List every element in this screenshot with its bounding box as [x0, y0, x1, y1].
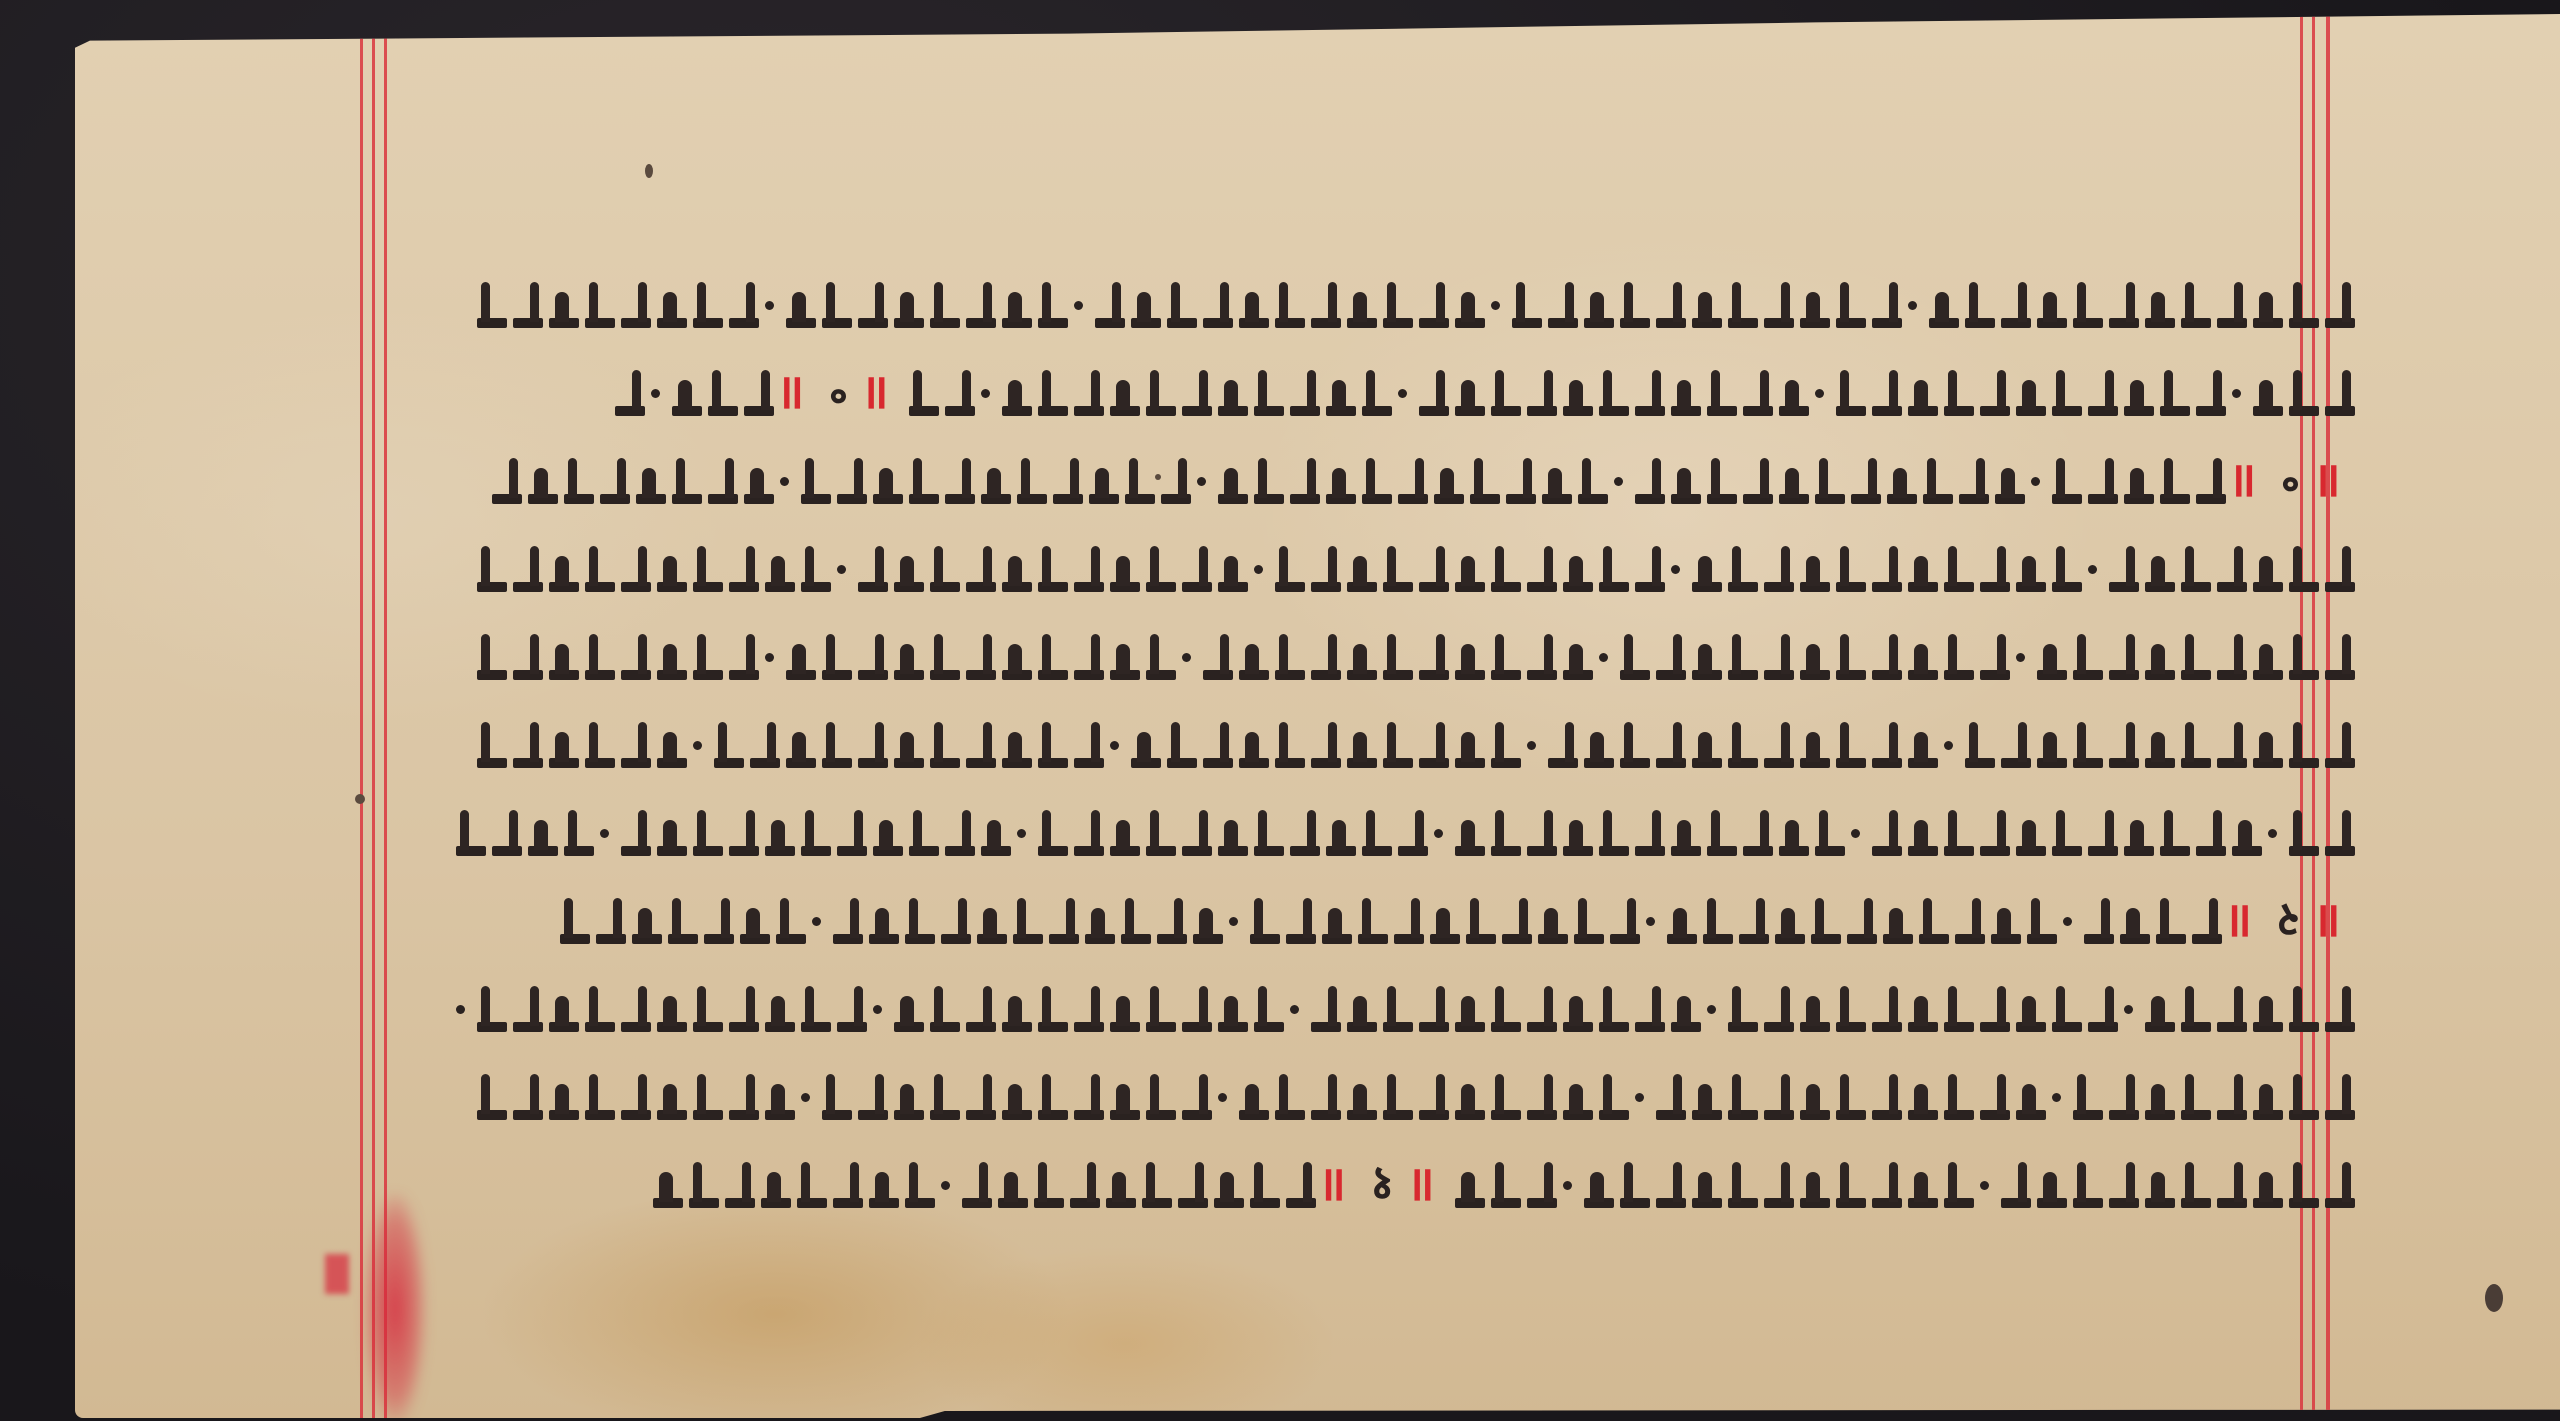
script-glyph — [585, 276, 615, 328]
script-glyph — [945, 364, 975, 416]
script-glyph — [1578, 452, 1608, 504]
script-glyph — [1692, 716, 1722, 768]
script-glyph — [1779, 364, 1809, 416]
script-glyph — [1836, 716, 1866, 768]
script-glyph — [930, 628, 960, 680]
script-glyph — [1980, 364, 2010, 416]
script-glyph — [1692, 1068, 1722, 1120]
script-glyph — [528, 452, 558, 504]
script-glyph — [1563, 980, 1593, 1032]
script-glyph — [1491, 804, 1521, 856]
script-glyph — [1527, 540, 1557, 592]
script-glyph — [966, 980, 996, 1032]
script-glyph — [740, 892, 770, 944]
script-glyph — [1178, 1156, 1208, 1208]
visarga-dot — [1110, 742, 1119, 751]
script-glyph — [1157, 892, 1187, 944]
script-glyph — [1074, 540, 1104, 592]
script-glyph — [2325, 804, 2355, 856]
script-glyph — [744, 364, 774, 416]
script-glyph — [1125, 452, 1155, 504]
script-glyph — [1322, 892, 1352, 944]
script-glyph — [1394, 892, 1424, 944]
script-glyph — [1311, 716, 1341, 768]
script-glyph — [1743, 804, 1773, 856]
script-glyph — [2232, 804, 2262, 856]
script-glyph — [2109, 1068, 2139, 1120]
ink-glyph-run — [450, 804, 2355, 864]
script-glyph — [621, 804, 651, 856]
visarga-dot — [1908, 302, 1917, 311]
script-glyph — [1944, 540, 1974, 592]
script-glyph — [2217, 716, 2247, 768]
script-glyph — [1034, 1156, 1064, 1208]
script-glyph — [2217, 276, 2247, 328]
script-glyph — [1800, 628, 1830, 680]
script-glyph — [945, 804, 975, 856]
script-glyph — [1707, 452, 1737, 504]
script-glyph — [549, 980, 579, 1032]
script-glyph — [1455, 804, 1485, 856]
script-glyph — [1013, 892, 1043, 944]
script-glyph — [1908, 980, 1938, 1032]
script-glyph — [729, 804, 759, 856]
script-glyph — [693, 540, 723, 592]
script-glyph — [729, 276, 759, 328]
script-glyph — [1218, 540, 1248, 592]
script-glyph — [1563, 628, 1593, 680]
script-glyph — [1275, 716, 1305, 768]
script-glyph — [2109, 540, 2139, 592]
script-glyph — [801, 540, 831, 592]
script-glyph — [2052, 364, 2082, 416]
script-glyph — [2109, 1156, 2139, 1208]
visarga-dot — [1646, 918, 1655, 927]
script-glyph — [1398, 452, 1428, 504]
script-glyph — [894, 276, 924, 328]
script-glyph — [1074, 1068, 1104, 1120]
script-glyph — [1254, 980, 1284, 1032]
script-glyph — [2016, 980, 2046, 1032]
script-glyph — [1383, 980, 1413, 1032]
script-glyph — [2160, 452, 2190, 504]
verse-number: ॰ — [829, 363, 849, 425]
script-glyph — [1692, 1156, 1722, 1208]
script-glyph — [1290, 804, 1320, 856]
script-glyph — [2145, 276, 2175, 328]
script-glyph — [2001, 1156, 2031, 1208]
script-glyph — [2109, 716, 2139, 768]
script-glyph — [615, 364, 645, 416]
script-glyph — [1254, 364, 1284, 416]
visarga-dot — [1815, 390, 1824, 399]
visarga-dot — [780, 478, 789, 487]
script-glyph — [621, 628, 651, 680]
script-glyph — [822, 628, 852, 680]
script-glyph — [966, 628, 996, 680]
red-double-danda: ॥ — [784, 370, 809, 418]
script-glyph — [1728, 1068, 1758, 1120]
script-glyph — [786, 716, 816, 768]
script-glyph — [1599, 980, 1629, 1032]
script-glyph — [513, 980, 543, 1032]
script-glyph — [930, 276, 960, 328]
visarga-dot — [765, 302, 774, 311]
script-glyph — [1146, 364, 1176, 416]
script-glyph — [1049, 892, 1079, 944]
red-double-danda: ॥ — [868, 370, 893, 418]
visarga-dot — [1197, 478, 1206, 487]
script-glyph — [2145, 716, 2175, 768]
script-glyph — [2181, 540, 2211, 592]
script-glyph — [2037, 716, 2067, 768]
manuscript-text-block: ॥॰॥॥॰॥॥२॥॥१॥ — [400, 262, 2355, 1230]
ink-glyph-run — [471, 276, 759, 336]
script-glyph — [1872, 276, 1902, 328]
script-glyph — [2109, 628, 2139, 680]
script-glyph — [513, 540, 543, 592]
script-glyph — [1491, 716, 1521, 768]
script-glyph — [1142, 1156, 1172, 1208]
script-glyph — [1455, 364, 1485, 416]
script-glyph — [765, 1068, 795, 1120]
script-glyph — [1527, 1068, 1557, 1120]
script-glyph — [1620, 276, 1650, 328]
script-glyph — [1110, 540, 1140, 592]
script-glyph — [1419, 364, 1449, 416]
script-glyph — [1383, 716, 1413, 768]
script-glyph — [1836, 540, 1866, 592]
script-glyph — [1707, 804, 1737, 856]
script-glyph — [621, 716, 651, 768]
script-glyph — [1491, 1156, 1521, 1208]
script-glyph — [2181, 276, 2211, 328]
script-glyph — [549, 540, 579, 592]
script-glyph — [869, 1156, 899, 1208]
script-glyph — [2253, 716, 2283, 768]
script-glyph — [1167, 276, 1197, 328]
script-glyph — [858, 276, 888, 328]
script-glyph — [786, 628, 816, 680]
script-glyph — [2289, 980, 2319, 1032]
script-glyph — [1347, 276, 1377, 328]
script-glyph — [1548, 276, 1578, 328]
script-glyph — [1728, 980, 1758, 1032]
script-glyph — [744, 452, 774, 504]
script-glyph — [1929, 276, 1959, 328]
script-glyph — [693, 628, 723, 680]
script-glyph — [477, 540, 507, 592]
script-glyph — [1074, 804, 1104, 856]
script-glyph — [765, 804, 795, 856]
script-glyph — [2325, 716, 2355, 768]
script-glyph — [930, 540, 960, 592]
script-glyph — [1347, 1068, 1377, 1120]
script-glyph — [1347, 716, 1377, 768]
script-glyph — [1311, 628, 1341, 680]
script-glyph — [1131, 276, 1161, 328]
script-glyph — [1146, 804, 1176, 856]
script-glyph — [1419, 276, 1449, 328]
script-glyph — [1203, 276, 1233, 328]
script-glyph — [477, 716, 507, 768]
script-glyph — [837, 804, 867, 856]
script-glyph — [2037, 276, 2067, 328]
script-glyph — [1563, 1068, 1593, 1120]
script-glyph — [1980, 540, 2010, 592]
script-glyph — [549, 1068, 579, 1120]
script-glyph — [1275, 628, 1305, 680]
script-glyph — [1527, 980, 1557, 1032]
manuscript-line — [400, 1054, 2355, 1142]
script-glyph — [1131, 716, 1161, 768]
red-double-danda: ॥ — [1414, 1162, 1439, 1210]
script-glyph — [797, 1156, 827, 1208]
visarga-dot — [981, 390, 990, 399]
script-glyph — [2037, 628, 2067, 680]
visarga-dot — [1290, 1006, 1299, 1015]
ink-glyph-run — [554, 892, 2222, 952]
script-glyph — [585, 1068, 615, 1120]
script-glyph — [1635, 452, 1665, 504]
visarga-dot — [2232, 390, 2241, 399]
script-glyph — [1002, 1068, 1032, 1120]
script-glyph — [585, 716, 615, 768]
script-glyph — [1254, 452, 1284, 504]
visarga-dot — [1635, 1094, 1644, 1103]
visarga-dot — [1229, 918, 1238, 927]
red-pigment-mark — [325, 1254, 349, 1294]
script-glyph — [1419, 716, 1449, 768]
script-glyph — [981, 804, 1011, 856]
script-glyph — [1146, 540, 1176, 592]
script-glyph — [1275, 276, 1305, 328]
script-glyph — [1563, 804, 1593, 856]
red-double-danda: ॥ — [2320, 458, 2345, 506]
script-glyph — [672, 364, 702, 416]
visarga-dot — [1707, 1006, 1716, 1015]
script-glyph — [2073, 1156, 2103, 1208]
visarga-dot — [765, 654, 774, 663]
script-glyph — [1836, 628, 1866, 680]
script-glyph — [1167, 716, 1197, 768]
visarga-dot — [1527, 742, 1536, 751]
script-glyph — [894, 1068, 924, 1120]
script-glyph — [596, 892, 626, 944]
script-glyph — [2084, 892, 2114, 944]
script-glyph — [636, 452, 666, 504]
script-glyph — [2052, 804, 2082, 856]
script-glyph — [1671, 804, 1701, 856]
script-glyph — [1286, 1156, 1316, 1208]
script-glyph — [1038, 980, 1068, 1032]
script-glyph — [549, 628, 579, 680]
script-glyph — [1002, 628, 1032, 680]
script-glyph — [1980, 804, 2010, 856]
script-glyph — [1182, 804, 1212, 856]
script-glyph — [1944, 980, 1974, 1032]
script-glyph — [1610, 892, 1640, 944]
script-glyph — [2073, 1068, 2103, 1120]
script-glyph — [1182, 1068, 1212, 1120]
script-glyph — [1527, 628, 1557, 680]
script-glyph — [1548, 716, 1578, 768]
script-glyph — [1728, 628, 1758, 680]
script-glyph — [1455, 980, 1485, 1032]
script-glyph — [1599, 804, 1629, 856]
script-glyph — [1089, 452, 1119, 504]
script-glyph — [1110, 980, 1140, 1032]
script-glyph — [1872, 540, 1902, 592]
visarga-dot — [812, 918, 821, 927]
script-glyph — [2289, 716, 2319, 768]
script-glyph — [2016, 1068, 2046, 1120]
script-glyph — [1728, 716, 1758, 768]
script-glyph — [1121, 892, 1151, 944]
script-glyph — [1908, 716, 1938, 768]
script-glyph — [1466, 892, 1496, 944]
script-glyph — [1965, 276, 1995, 328]
script-glyph — [962, 1156, 992, 1208]
script-glyph — [693, 1068, 723, 1120]
script-glyph — [2052, 540, 2082, 592]
script-glyph — [2145, 980, 2175, 1032]
script-glyph — [1038, 1068, 1068, 1120]
script-glyph — [2181, 980, 2211, 1032]
script-glyph — [801, 980, 831, 1032]
script-glyph — [1161, 452, 1191, 504]
script-glyph — [1764, 540, 1794, 592]
script-glyph — [2073, 276, 2103, 328]
script-glyph — [1995, 452, 2025, 504]
script-glyph — [1811, 892, 1841, 944]
script-glyph — [801, 452, 831, 504]
script-glyph — [585, 628, 615, 680]
script-glyph — [2217, 1156, 2247, 1208]
script-glyph — [1038, 540, 1068, 592]
script-glyph — [930, 716, 960, 768]
visarga-dot — [600, 830, 609, 839]
script-glyph — [2145, 1156, 2175, 1208]
script-glyph — [729, 540, 759, 592]
script-glyph — [1182, 364, 1212, 416]
script-glyph — [1707, 364, 1737, 416]
script-glyph — [1563, 540, 1593, 592]
script-glyph — [2027, 892, 2057, 944]
script-glyph — [714, 716, 744, 768]
script-glyph — [1764, 1068, 1794, 1120]
script-glyph — [477, 276, 507, 328]
script-glyph — [1362, 452, 1392, 504]
visarga-dot — [1434, 830, 1443, 839]
script-glyph — [2016, 804, 2046, 856]
script-glyph — [1182, 540, 1212, 592]
script-glyph — [2289, 540, 2319, 592]
visarga-dot — [651, 390, 660, 399]
script-glyph — [1455, 540, 1485, 592]
script-glyph — [564, 804, 594, 856]
script-glyph — [2217, 540, 2247, 592]
visarga-dot — [873, 1006, 882, 1015]
visarga-dot — [837, 566, 846, 575]
script-glyph — [1038, 716, 1068, 768]
script-glyph — [1908, 628, 1938, 680]
script-glyph — [1671, 452, 1701, 504]
script-glyph — [564, 452, 594, 504]
script-glyph — [1872, 716, 1902, 768]
script-glyph — [981, 452, 1011, 504]
script-glyph — [657, 1068, 687, 1120]
script-glyph — [2325, 1068, 2355, 1120]
script-glyph — [2325, 980, 2355, 1032]
script-glyph — [1620, 628, 1650, 680]
script-glyph — [1779, 804, 1809, 856]
script-glyph — [693, 804, 723, 856]
script-glyph — [1250, 892, 1280, 944]
script-glyph — [894, 628, 924, 680]
script-glyph — [2124, 364, 2154, 416]
script-glyph — [1944, 364, 1974, 416]
visarga-dot — [2268, 830, 2277, 839]
script-glyph — [560, 892, 590, 944]
visarga-dot — [1599, 654, 1608, 663]
script-glyph — [621, 1068, 651, 1120]
script-glyph — [1965, 716, 1995, 768]
script-glyph — [2289, 364, 2319, 416]
visarga-dot — [2031, 478, 2040, 487]
script-glyph — [2181, 1156, 2211, 1208]
script-glyph — [1538, 892, 1568, 944]
script-glyph — [1074, 364, 1104, 416]
script-glyph — [801, 804, 831, 856]
visarga-dot — [2016, 654, 2025, 663]
script-glyph — [729, 980, 759, 1032]
script-glyph — [1002, 364, 1032, 416]
script-glyph — [761, 1156, 791, 1208]
script-glyph — [2073, 716, 2103, 768]
script-glyph — [1038, 804, 1068, 856]
manuscript-line — [400, 262, 2355, 350]
script-glyph — [1584, 716, 1614, 768]
script-glyph — [1635, 804, 1665, 856]
ink-glyph-run — [1449, 1156, 2355, 1216]
script-glyph — [1872, 1156, 1902, 1208]
script-glyph — [1362, 804, 1392, 856]
script-glyph — [894, 980, 924, 1032]
script-glyph — [1218, 804, 1248, 856]
script-glyph — [2160, 804, 2190, 856]
script-glyph — [621, 276, 651, 328]
manuscript-line: ॥१॥ — [400, 1142, 2355, 1230]
script-glyph — [1872, 628, 1902, 680]
script-glyph — [1214, 1156, 1244, 1208]
script-glyph — [894, 716, 924, 768]
script-glyph — [1419, 1068, 1449, 1120]
script-glyph — [1919, 892, 1949, 944]
script-glyph — [1038, 628, 1068, 680]
script-glyph — [2253, 1068, 2283, 1120]
script-glyph — [2325, 1156, 2355, 1208]
script-glyph — [477, 1068, 507, 1120]
script-glyph — [477, 980, 507, 1032]
script-glyph — [1110, 628, 1140, 680]
script-glyph — [1491, 364, 1521, 416]
manuscript-line — [400, 614, 2355, 702]
script-glyph — [998, 1156, 1028, 1208]
script-glyph — [1779, 452, 1809, 504]
script-glyph — [1203, 628, 1233, 680]
script-glyph — [1635, 980, 1665, 1032]
